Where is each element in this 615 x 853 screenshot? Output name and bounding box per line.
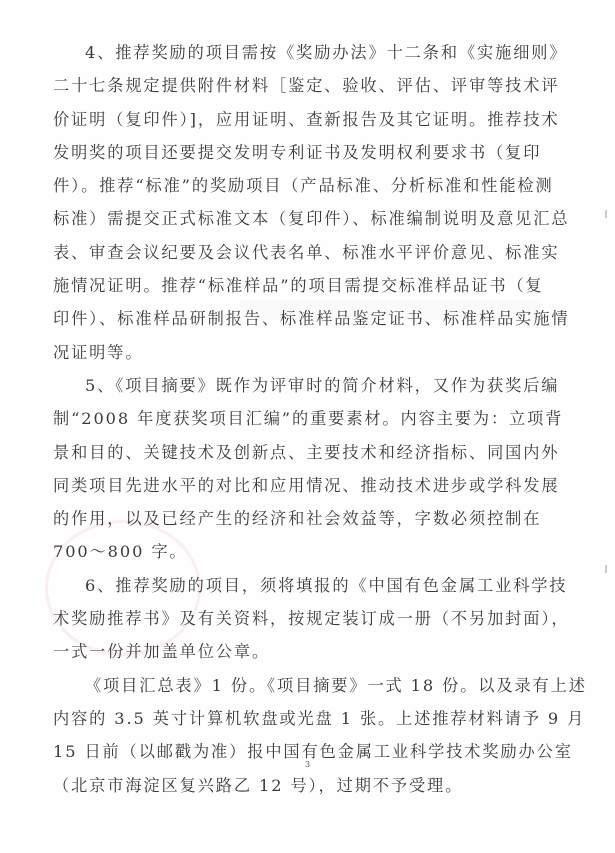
paragraph-submission: 《项目汇总表》1 份。《项目摘要》一式 18 份。以及录有上述 内容的 3.5 …	[53, 669, 535, 802]
text-line: 二十七条规定提供附件材料［鉴定、验收、评估、评审等技术评	[53, 69, 535, 102]
text-line: 印件）、标准样品研制报告、标准样品鉴定证书、标准样品实施情	[53, 302, 535, 335]
document-body: 4、推荐奖励的项目需按《奖励办法》十二条和《实施细则》 二十七条规定提供附件材料…	[53, 36, 535, 802]
text-line: 4、推荐奖励的项目需按《奖励办法》十二条和《实施细则》	[53, 36, 535, 69]
text-line: 表、审查会议纪要及会议代表名单、标准水平评价意见、标准实	[53, 236, 535, 269]
text-line: 发明奖的项目还要提交发明专利证书及发明权利要求书（复印	[53, 136, 535, 169]
text-line: （北京市海淀区复兴路乙 12 号），过期不予受理。	[53, 769, 535, 802]
page-number: 3	[0, 760, 615, 769]
paragraph-item-4: 4、推荐奖励的项目需按《奖励办法》十二条和《实施细则》 二十七条规定提供附件材料…	[53, 36, 535, 369]
text-line: 700～800 字。	[53, 535, 535, 568]
scan-edge-mark	[605, 210, 607, 218]
text-line: 况证明等。	[53, 336, 535, 369]
text-line: 同类项目先进水平的对比和应用情况、推动技术进步或学科发展	[53, 469, 535, 502]
text-line: 价证明（复印件）]，应用证明、查新报告及其它证明。推荐技术	[53, 103, 535, 136]
text-line: 制“2008 年度获奖项目汇编”的重要素材。内容主要为：立项背	[53, 402, 535, 435]
text-line: 术奖励推荐书》及有关资料，按规定装订成一册（不另加封面），	[53, 602, 535, 635]
text-line: 6、推荐奖励的项目，须将填报的《中国有色金属工业科学技	[53, 569, 535, 602]
paragraph-item-6: 6、推荐奖励的项目，须将填报的《中国有色金属工业科学技 术奖励推荐书》及有关资料…	[53, 569, 535, 669]
text-line: 5、《项目摘要》既作为评审时的简介材料，又作为获奖后编	[53, 369, 535, 402]
paragraph-item-5: 5、《项目摘要》既作为评审时的简介材料，又作为获奖后编 制“2008 年度获奖项…	[53, 369, 535, 569]
text-line: 件）。推荐“标准”的奖励项目（产品标准、分析标准和性能检测	[53, 169, 535, 202]
scan-edge-mark	[605, 565, 607, 573]
text-line: 景和目的、关键技术及创新点、主要技术和经济指标、同国内外	[53, 436, 535, 469]
text-line: 的作用，以及已经产生的经济和社会效益等，字数必须控制在	[53, 502, 535, 535]
text-line: 内容的 3.5 英寸计算机软盘或光盘 1 张。上述推荐材料请予 9 月	[53, 702, 535, 735]
document-page: 4、推荐奖励的项目需按《奖励办法》十二条和《实施细则》 二十七条规定提供附件材料…	[0, 0, 615, 853]
text-line: 施情况证明。推荐“标准样品”的项目需提交标准样品证书（复	[53, 269, 535, 302]
text-line: 一式一份并加盖单位公章。	[53, 635, 535, 668]
text-line: 标准）需提交正式标准文本（复印件）、标准编制说明及意见汇总	[53, 202, 535, 235]
text-line: 《项目汇总表》1 份。《项目摘要》一式 18 份。以及录有上述	[53, 669, 535, 702]
